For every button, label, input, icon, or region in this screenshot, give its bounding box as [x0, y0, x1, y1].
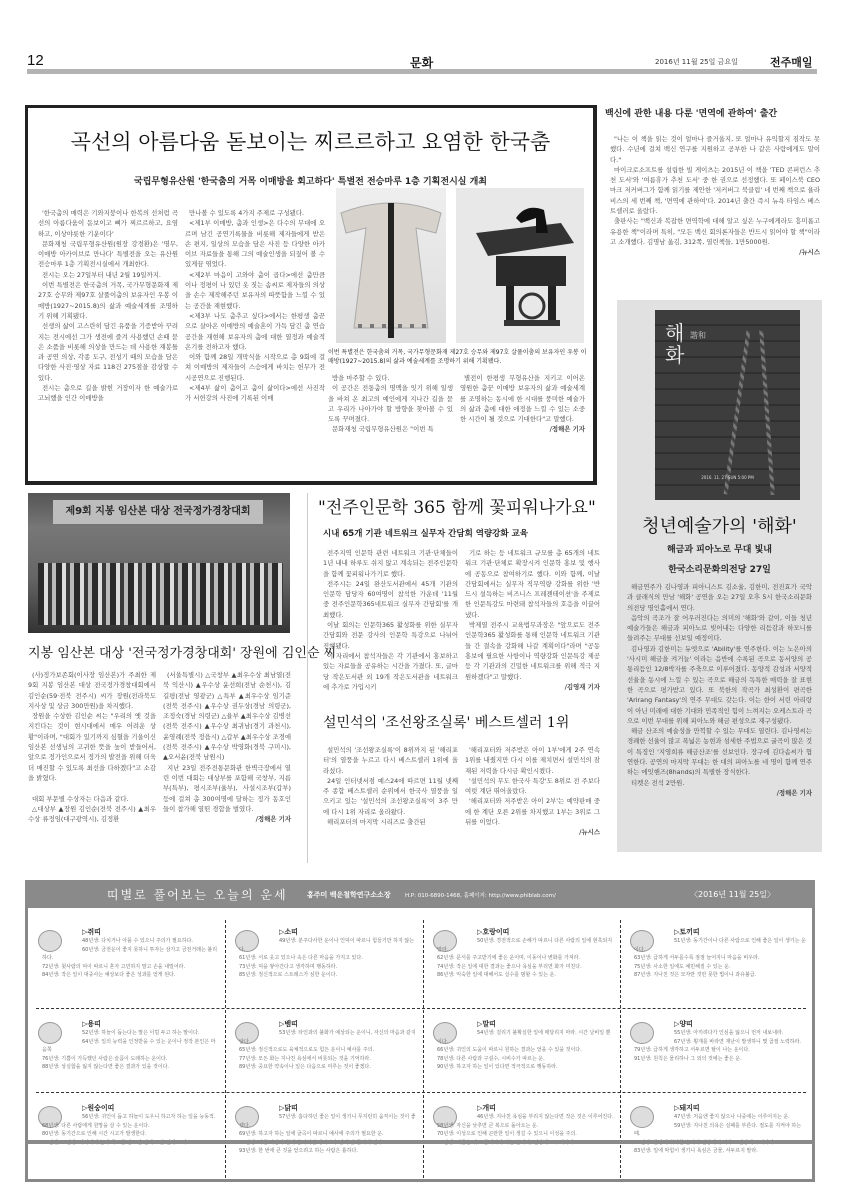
article-column: 방을 마주할 수 있다. 이 공간은 전통춤의 명맥을 잇기 위해 일생을 바쳐…	[328, 373, 453, 435]
paragraph: 박제열 전주시 교육법무과장은 "앞으로도 전주인문학365 활성화를 통해 인…	[465, 620, 600, 682]
article-dance: 곡선의 아름다움 돋보이는 찌르르하고 요염한 한국춤 국립무형유산원 '한국춤…	[25, 105, 597, 485]
fortune-line: 88년생: 상실함을 잃지 않는다면 좋은 결과가 있을 것이다.	[42, 1063, 220, 1072]
fortune-line: 53년생: 타인과의 불화가 예상되는 운이니, 자신의 마음과 같지 않다.	[239, 1029, 417, 1046]
poster-title: 해화	[665, 322, 684, 366]
fortune-line: 55년생: 아끼려다가 인심을 잃으니 먼저 내보내라.	[634, 1029, 809, 1038]
fortune-line: 80년생: 동기간으로 인해 시간 시고가 발생한다.	[42, 1130, 220, 1139]
paragraph: <제3부 나도 춤추고 싶다>에서는 한평생 춤꾼으로 살아온 이매방의 예술혼…	[185, 311, 325, 352]
byline: /정해은 기자	[460, 424, 585, 434]
paragraph: '한국춤의 매력은 기와지붕이나 한복의 선처럼 곡선의 아름다움이 돋보이고 …	[38, 208, 178, 239]
paragraph: 이 자리에서 참석자들은 각 기관에서 홍보하고 있는 자료들을 공유하는 시간…	[323, 651, 458, 692]
paragraph: '해리포터와 저주받은 아이 1부'에게 2주 연속 1위를 내줬지만 다시 이…	[465, 745, 600, 776]
paragraph: 이번 특별전은 한국춤의 거목, 국가무형문화재 제27호 승무와 제97호 살…	[38, 280, 178, 321]
sign-name: ▷용띠	[82, 1020, 101, 1029]
paragraph: 전시는 오는 27일부터 내년 2월 19일까지.	[38, 270, 178, 280]
fortune-line: 74년생: 작은 일에 대한 결과는 좋으나 욕심을 부리면 화가 미친다.	[437, 963, 615, 972]
paragraph: 문화재청 국립무형유산원은 "이번 특	[328, 424, 453, 434]
vaccine-body: "나는 이 책을 읽는 것이 얼마나 즐거울지, 또 얼마나 유익할지 짐작도 …	[610, 134, 820, 258]
fortune-line: 68년생: 다른 사람에게 원망을 살 수 있는 운이다.	[42, 1122, 220, 1131]
footer-rule	[25, 1140, 815, 1144]
paragraph: 음악의 곡조가 잘 어우러진다는 의미의 '해화'와 같이, 이들 청년예술가들…	[627, 613, 812, 644]
byline: /정해은 기자	[163, 814, 291, 824]
paragraph: 방을 마주할 수 있다.	[328, 373, 453, 383]
fortune-lines: 47년생: 처음엔 좋지 않으나 나중에는 이루어지는 운. 59년생: 지나친…	[634, 1113, 809, 1156]
fortune-monkey: ▷원숭이띠 56년생: 귀인이 돕고 하늘이 도우니 하고자 하는 일을 능동적…	[36, 1098, 224, 1191]
fortune-author: 홍주미 백운철학연구소소장	[307, 890, 391, 900]
fortune-header: 띠별로 풀어보는 오늘의 운세 홍주미 백운철학연구소소장 H.P: 010-6…	[25, 880, 815, 908]
fortune-lines: 48년생: 다치거나 아플 수 있으니 주의가 필요하다. 60년생: 금전운이…	[42, 937, 220, 980]
vaccine-headline: 백신에 관한 내용 다룬 '면역에 관하여' 출간	[605, 106, 777, 119]
byline: /뉴시스	[610, 247, 820, 257]
fortune-line: 70년생: 이성으로 인해 곤란한 일이 생길 수 있으니 이성을 주의.	[437, 1130, 615, 1139]
page-number: 12	[27, 52, 44, 69]
fortune-line: 67년생: 횡재를 바라면 재난이 발생하니 몇 곱절 노력하라.	[634, 1038, 809, 1047]
article-column: 별전이 한평생 무형유산을 지키고 이어온 영원한 춤꾼 이매방 보유자의 삶과…	[460, 373, 585, 435]
fortune-line: 90년생: 하고자 하는 일이 있다면 적극적으로 행동하라.	[437, 1063, 615, 1072]
fortune-line: 86년생: 익숙한 일에 대해서도 실수를 범할 수 있는 운.	[437, 971, 615, 980]
fortune-line: 46년생: 지나친 욕심을 부리지 않는다면 작은 것은 이루어진다.	[437, 1113, 615, 1122]
sign-name: ▷돼지띠	[674, 1104, 700, 1113]
fortune-rooster: ▷닭띠 57년생: 흡다하던 좋은 일이 생기니 무지런히 움직이는 것이 좋겠…	[233, 1098, 421, 1191]
byline: /김영재 기자	[465, 682, 600, 692]
paragraph: △대상부 ▲장원 김인순(전북 전주시) ▲최우수상 류정임(대구광역시), 김…	[28, 804, 156, 825]
paper-name: 전주매일	[770, 54, 813, 70]
fortune-line: 73년생: 덕을 쌓아간다고 생각하며 행동하라.	[239, 963, 417, 972]
sign-name: ▷쥐띠	[82, 928, 101, 937]
subheadline: 국립무형유산원 '한국춤의 거목 이매방을 회고하다' 특별전 전승마루 1층 …	[28, 174, 593, 187]
paragraph: 대회 부문별 수상자는 다음과 같다.	[28, 794, 156, 804]
fortune-line: 83년생: 일에 막힘이 생기니 욕심은 금물, 서두르지 말라.	[634, 1147, 809, 1156]
paragraph: 이와 함께 28일 개막식을 시작으로 총 9회에 걸쳐 이매방의 제자들이 스…	[185, 352, 325, 383]
jeonju-headline: "전주인문학 365 함께 꽃피워나가요"	[318, 493, 596, 518]
paragraph: 해금연주가 김나영과 피아니스트 김소율, 김한미, 전진효가 국악과 클래식의…	[627, 582, 812, 613]
fortune-dog: ▷개띠 46년생: 지나친 욕심을 부리지 않는다면 작은 것은 이루어진다. …	[431, 1098, 619, 1191]
fortune-line: 79년생: 급하게 생각하고 서두르면 탈이 나는 운이다.	[634, 1046, 809, 1055]
fortune-line: 56년생: 귀인이 돕고 하늘이 도우니 하고자 하는 일을 능동적.	[42, 1113, 220, 1122]
article-column: (서울특별시) △국창부 ▲최우수상 최남열(전북 익산시) ▲우수상 윤선희(…	[163, 670, 291, 824]
headline: 곡선의 아름다움 돋보이는 찌르르하고 요염한 한국춤	[28, 126, 593, 156]
contest-group-photo: 제9회 지봉 임산본 대상 전국정가경창대회	[28, 493, 290, 633]
jeongga-headline: 지봉 임산본 대상 '전국정가경창대회' 장원에 김인순 씨	[28, 642, 336, 661]
fortune-line: 89년생: 중요한 약속이나 일은 다음으로 미루는 것이 좋겠다.	[239, 1063, 417, 1072]
article-column: 설민석의 '조선왕조실록'이 8위까지 된 '해리포터'의 열풍을 누르고 다시…	[323, 745, 458, 827]
paragraph: 별전이 한평생 무형유산을 지키고 이어온 영원한 춤꾼 이매방 보유자의 삶과…	[460, 373, 585, 424]
fortune-line: 77년생: 모든 화는 지나친 욕심에서 비롯되는 것을 기억하라.	[239, 1055, 417, 1064]
fortune-line: 58년생: 자신을 낮추면 큰 복으로 돌아오는 운.	[437, 1122, 615, 1131]
paragraph: <제2부 마음이 고와야 춤이 곱다>에선 춤만큼이나 정평이 나 있던 옷 짓…	[185, 270, 325, 311]
sign-name: ▷개띠	[477, 1104, 496, 1113]
byline: /정해은 기자	[627, 788, 812, 798]
byline: /뉴시스	[465, 827, 600, 837]
paragraph	[28, 783, 156, 793]
seol-headline: 설민석의 '조선왕조실록' 베스트셀러 1위	[323, 712, 569, 732]
fortune-lines: 53년생: 타인과의 불화가 예상되는 운이니, 자신의 마음과 같지 않다. …	[239, 1029, 417, 1072]
sign-name: ▷뱀띠	[279, 1020, 298, 1029]
fortune-line: 66년생: 귀인의 도움이 따르니 원하는 결과는 얻을 수 있을 것이다.	[437, 1046, 615, 1055]
article-column: 해금연주가 김나영과 피아니스트 김소율, 김한미, 전진효가 국악과 클래식의…	[627, 582, 812, 798]
paragraph: 전주지역 인문학 관련 네트워크 기관·단체들이 1년 내내 하루도 쉬지 않고…	[323, 548, 458, 579]
paragraph: 티켓은 전석 2만원.	[627, 778, 812, 788]
fortune-lines: 55년생: 아끼려다가 인심을 잃으니 먼저 내보내라. 67년생: 횡재를 바…	[634, 1029, 809, 1063]
fortune-ox: ▷소띠 49년생: 분주다사한 운이나 인덕이 따르니 힘들기만 하지 않는다.…	[233, 922, 421, 1022]
fortune-lines: 50년생: 경전적으로 손해가 따르니 다른 사람의 일에 현혹되지 말라. 6…	[437, 937, 615, 980]
poster-date: 2016. 11. 27 SUN 5:00 PM	[655, 475, 800, 480]
issue-date: 2016년 11월 25일 금요일	[655, 57, 738, 67]
paragraph: <제4부 삶이 춤이고 춤이 삶이다>에선 사진작가 서헌강의 사진에 기록된 …	[185, 383, 325, 404]
article-column: (사)정가보존회(이사장 임산본)가 주최한 제9회 지봉 임산본 대상 전국정…	[28, 670, 156, 824]
paragraph: 전시는 춤으로 길을 밝힌 거장이자 한 예술가로 고뇌했을 인간 이매방을	[38, 383, 178, 404]
fortune-section: 띠별로 풀어보는 오늘의 운세 홍주미 백운철학연구소소장 H.P: 010-6…	[25, 880, 815, 1182]
fortune-rabbit: ▷토끼띠 51년생: 동기간이나 다른 사람으로 인해 좋은 일이 생기는 운이…	[628, 922, 813, 1022]
article-column: 기로 하는 등 네트워크 규모를 총 65개의 네트워크 기관·단체로 확장시켜…	[465, 548, 600, 692]
fortune-line: 57년생: 흡다하던 좋은 일이 생기니 무지런히 움직이는 것이 좋겠다.	[239, 1113, 417, 1130]
paragraph: <제1부 이매방, 춤과 인생>은 다수의 무대에 오르며 남긴 공연기록물을 …	[185, 218, 325, 269]
column-divider	[307, 493, 308, 863]
header-rule	[27, 69, 817, 74]
paragraph: 지난 23일 전주전통문화관 한벽극장에서 열린 이번 대회는 대상부를 포함해…	[163, 763, 291, 814]
subheadline: 한국소리문화의전당 27일	[617, 562, 822, 575]
fortune-line: 78년생: 다른 사람과 구설수, 시비수가 따르는 운.	[437, 1055, 615, 1064]
paragraph: 출판사는 "백신과 복잡한 면역학에 대해 알고 싶은 누구에게라도 흥미롭고 …	[610, 216, 820, 247]
people-group	[38, 563, 283, 625]
fortune-line: 61년생: 서로 웃고 있으나 속은 다른 마음을 가지고 있다.	[239, 954, 417, 963]
fortune-lines: 49년생: 분주다사한 운이나 인덕이 따르니 힘들기만 하지 않는다. 61년…	[239, 937, 417, 980]
fortune-line: 76년생: 기쁨이 가득했던 사람은 슬픔이 도래하는 운이다.	[42, 1055, 220, 1064]
fortune-line: 75년생: 사소한 일에도 예민해질 수 있는 운.	[634, 963, 809, 972]
paragraph: 해금 산조의 예술성을 만끽할 수 있는 무대도 열린다. 김나영씨는 경쾌한 …	[627, 726, 812, 777]
fortune-line: 59년생: 지나친 의욕은 실패를 부른다. 절도를 지켜야 하는 때.	[634, 1122, 809, 1139]
fortune-line: 62년생: 문서를 주고받기에 좋은 운이며, 이동이나 변화를 가져라.	[437, 954, 615, 963]
paragraph: 문화재청 국립무형유산원(원장 강경환)은 '명무, 이매방 아카이브로 만나다…	[38, 239, 178, 270]
paragraph: 선생의 삶이 고스란히 담긴 유품을 기증받아 꾸려지는 전시에선 그가 생전에…	[38, 321, 178, 383]
jeonju-subheadline: 시내 65개 기관 네트워크 실무자 간담회 역량강화 교육	[323, 527, 528, 539]
paragraph: 마이크로소프트를 설립한 빌 게이츠는 2015년 이 책을 'TED 콘퍼런스…	[610, 165, 820, 216]
fortune-line: 65년생: 정신적으로도 육체적으로도 힘든 운이니 예사를 주의.	[239, 1046, 417, 1055]
fortune-line: 52년생: 하늘이 돕는다는 말은 이럴 두고 하는 말이다.	[42, 1029, 220, 1038]
fortune-pig: ▷돼지띠 47년생: 처음엔 좋지 않으나 나중에는 이루어지는 운. 59년생…	[628, 1098, 813, 1191]
article-haehwa: 해화 諧和 2016. 11. 27 SUN 5:00 PM 청년예술가의 '해…	[617, 300, 822, 852]
fortune-line: 84년생: 작은 일이 대중사는 예상보다 좋은 성과를 얻게 된다.	[42, 971, 220, 980]
fortune-line: 93년생: 한 번에 큰 것을 얻으려고 하는 사람은 흉하다.	[239, 1147, 417, 1156]
concert-poster: 해화 諧和 2016. 11. 27 SUN 5:00 PM	[655, 310, 800, 500]
fortune-lines: 54년생: 걸리기 불확실한 일에 매달리지 마라. 시간 낭비일 뿐이다. 6…	[437, 1029, 615, 1072]
rope-graphic	[759, 330, 775, 495]
paragraph: '설민석의 무도 한국사 특강'도 8위로 전 주보다 여럿 계단 뛰어올랐다.	[465, 776, 600, 797]
paragraph: 이날 회의는 인문학365 활성화를 위한 실무자 간담회와 전문 강사의 인문…	[323, 620, 458, 651]
article-column: '해리포터와 저주받은 아이 1부'에게 2주 연속 1위를 내줬지만 다시 이…	[465, 745, 600, 838]
article-column: 만나볼 수 있도록 4가지 주제로 구성됐다. <제1부 이매방, 춤과 인생>…	[185, 208, 325, 404]
sign-name: ▷호랑이띠	[477, 928, 509, 937]
fortune-line: 64년생: 일의 능력을 인정받을 수 있는 운이나 정작 본인은 마음쪽	[42, 1038, 220, 1055]
fortune-tiger: ▷호랑이띠 50년생: 경전적으로 손해가 따르니 다른 사람의 일에 현혹되지…	[431, 922, 619, 1022]
article-column: 전주지역 인문학 관련 네트워크 기관·단체들이 1년 내내 하루도 쉬지 않고…	[323, 548, 458, 692]
fortune-lines: 57년생: 흡다하던 좋은 일이 생기니 무지런히 움직이는 것이 좋겠다. 6…	[239, 1113, 417, 1156]
fortune-line: 69년생: 하고자 하는 일에 굴곡이 따르니 예사에 주의가 필요한 운.	[239, 1130, 417, 1139]
article-column: '한국춤의 매력은 기와지붕이나 한복의 선처럼 곡선의 아름다움이 돋보이고 …	[38, 208, 178, 404]
paragraph: (사)정가보존회(이사장 임산본)가 주최한 제9회 지봉 임산본 대상 전국정…	[28, 670, 156, 711]
fortune-title: 띠별로 풀어보는 오늘의 운세	[107, 886, 288, 903]
fortune-line: 63년생: 급하게 서두를수록 점점 늘어지니 마음을 비우라.	[634, 954, 809, 963]
paragraph: 해리포터의 마지막 시리즈로 출간된	[323, 817, 458, 827]
sewing-machine-photo	[456, 188, 584, 343]
sign-name: ▷닭띠	[279, 1104, 298, 1113]
paragraph: '해리포터와 저주받은 아이 2부'는 예약판매 중에 한 계단 오른 2위를 …	[465, 796, 600, 827]
sign-name: ▷원숭이띠	[82, 1104, 114, 1113]
paragraph: 이 공간은 전통춤의 명맥을 잇기 위해 일생을 바쳐 온 최고의 예인에게 지…	[328, 383, 453, 424]
stage-banner: 제9회 지봉 임산본 대상 전국정가경창대회	[53, 500, 263, 524]
fortune-line: 60년생: 금전운이 좋지 못하니 투자는 삼가고 금전거래는 불리하다.	[42, 946, 220, 963]
paragraph: 전주시는 24일 완산도서관에서 45개 기관의 인문학 담당자 60여명이 참…	[323, 579, 458, 620]
sign-name: ▷양띠	[674, 1020, 693, 1029]
sign-name: ▷말띠	[477, 1020, 496, 1029]
paragraph: "나는 이 책을 읽는 것이 얼마나 즐거울지, 또 얼마나 유익할지 짐작도 …	[610, 134, 820, 165]
hanbok-photo	[336, 188, 446, 343]
paragraph: 기로 하는 등 네트워크 규모를 총 65개의 네트워크 기관·단체로 확장시켜…	[465, 548, 600, 620]
fortune-lines: 52년생: 하늘이 돕는다는 말은 이럴 두고 하는 말이다. 64년생: 일의…	[42, 1029, 220, 1072]
fortune-line: 87년생: 지나친 것은 모자란 것만 못한 법이니 과유불급.	[634, 971, 809, 980]
paragraph: 장원을 수상한 김인순 씨는 "우리의 옛 것을 지킨다는 것이 현시대에서 매…	[28, 711, 156, 783]
subheadline: 해금과 피아노로 무대 빛내	[617, 542, 822, 555]
fortune-line: 85년생: 정신적으로 스트레스가 심한 운이다.	[239, 971, 417, 980]
fortune-line: 51년생: 동기간이나 다른 사람으로 인해 좋은 일이 생기는 운이다.	[634, 937, 809, 954]
fortune-line: 72년생: 윗사람의 덕이 따르니 혼자 고민하지 말고 손을 내밀어라.	[42, 963, 220, 972]
photo-caption: 이번 특별전은 한국춤의 거목, 국가무형문화재 제27호 승무와 제97호 살…	[328, 348, 588, 366]
fortune-rat: ▷쥐띠 48년생: 다치거나 아플 수 있으니 주의가 필요하다. 60년생: …	[36, 922, 224, 1022]
sign-name: ▷소띠	[279, 928, 298, 937]
paragraph: 김나영과 김한미는 듀엣으로 'Ability'를 연주한다. 이는 노은아의 …	[627, 644, 812, 726]
paragraph: 만나볼 수 있도록 4가지 주제로 구성됐다.	[185, 208, 325, 218]
fortune-contact: H.P: 010-6890-1468, 홈페이지: http://www.phi…	[405, 891, 556, 899]
poster-hanja: 諧和	[690, 330, 706, 341]
headline: 청년예술가의 '해화'	[617, 512, 822, 538]
fortune-line: 47년생: 처음엔 좋지 않으나 나중에는 이루어지는 운.	[634, 1113, 809, 1122]
fortune-line: 50년생: 경전적으로 손해가 따르니 다른 사람의 일에 현혹되지 말라.	[437, 937, 615, 954]
paragraph: (서울특별시) △국창부 ▲최우수상 최남열(전북 익산시) ▲우수상 윤선희(…	[163, 670, 291, 763]
paragraph: 설민석의 '조선왕조실록'이 8위까지 된 '해리포터'의 열풍을 누르고 다시…	[323, 745, 458, 776]
fortune-line: 49년생: 분주다사한 운이나 인덕이 따르니 힘들기만 하지 않는다.	[239, 937, 417, 954]
fortune-line: 91년생: 원칙은 물리하나 그 외의 것에는 좋은 운.	[634, 1055, 809, 1064]
rope-graphic	[724, 331, 751, 495]
fortune-line: 54년생: 걸리기 불확실한 일에 매달리지 마라. 시간 낭비일 뿐이다.	[437, 1029, 615, 1046]
sign-name: ▷토끼띠	[674, 928, 700, 937]
fortune-line: 48년생: 다치거나 아플 수 있으니 주의가 필요하다.	[42, 937, 220, 946]
fortune-date: 〈2016년 11월 25일〉	[690, 889, 775, 900]
paragraph: 24일 인터넷서점 예스24에 따르면 11월 넷째 주 종합 베스트셀러 순위…	[323, 776, 458, 817]
fortune-lines: 51년생: 동기간이나 다른 사람으로 인해 좋은 일이 생기는 운이다. 63…	[634, 937, 809, 980]
